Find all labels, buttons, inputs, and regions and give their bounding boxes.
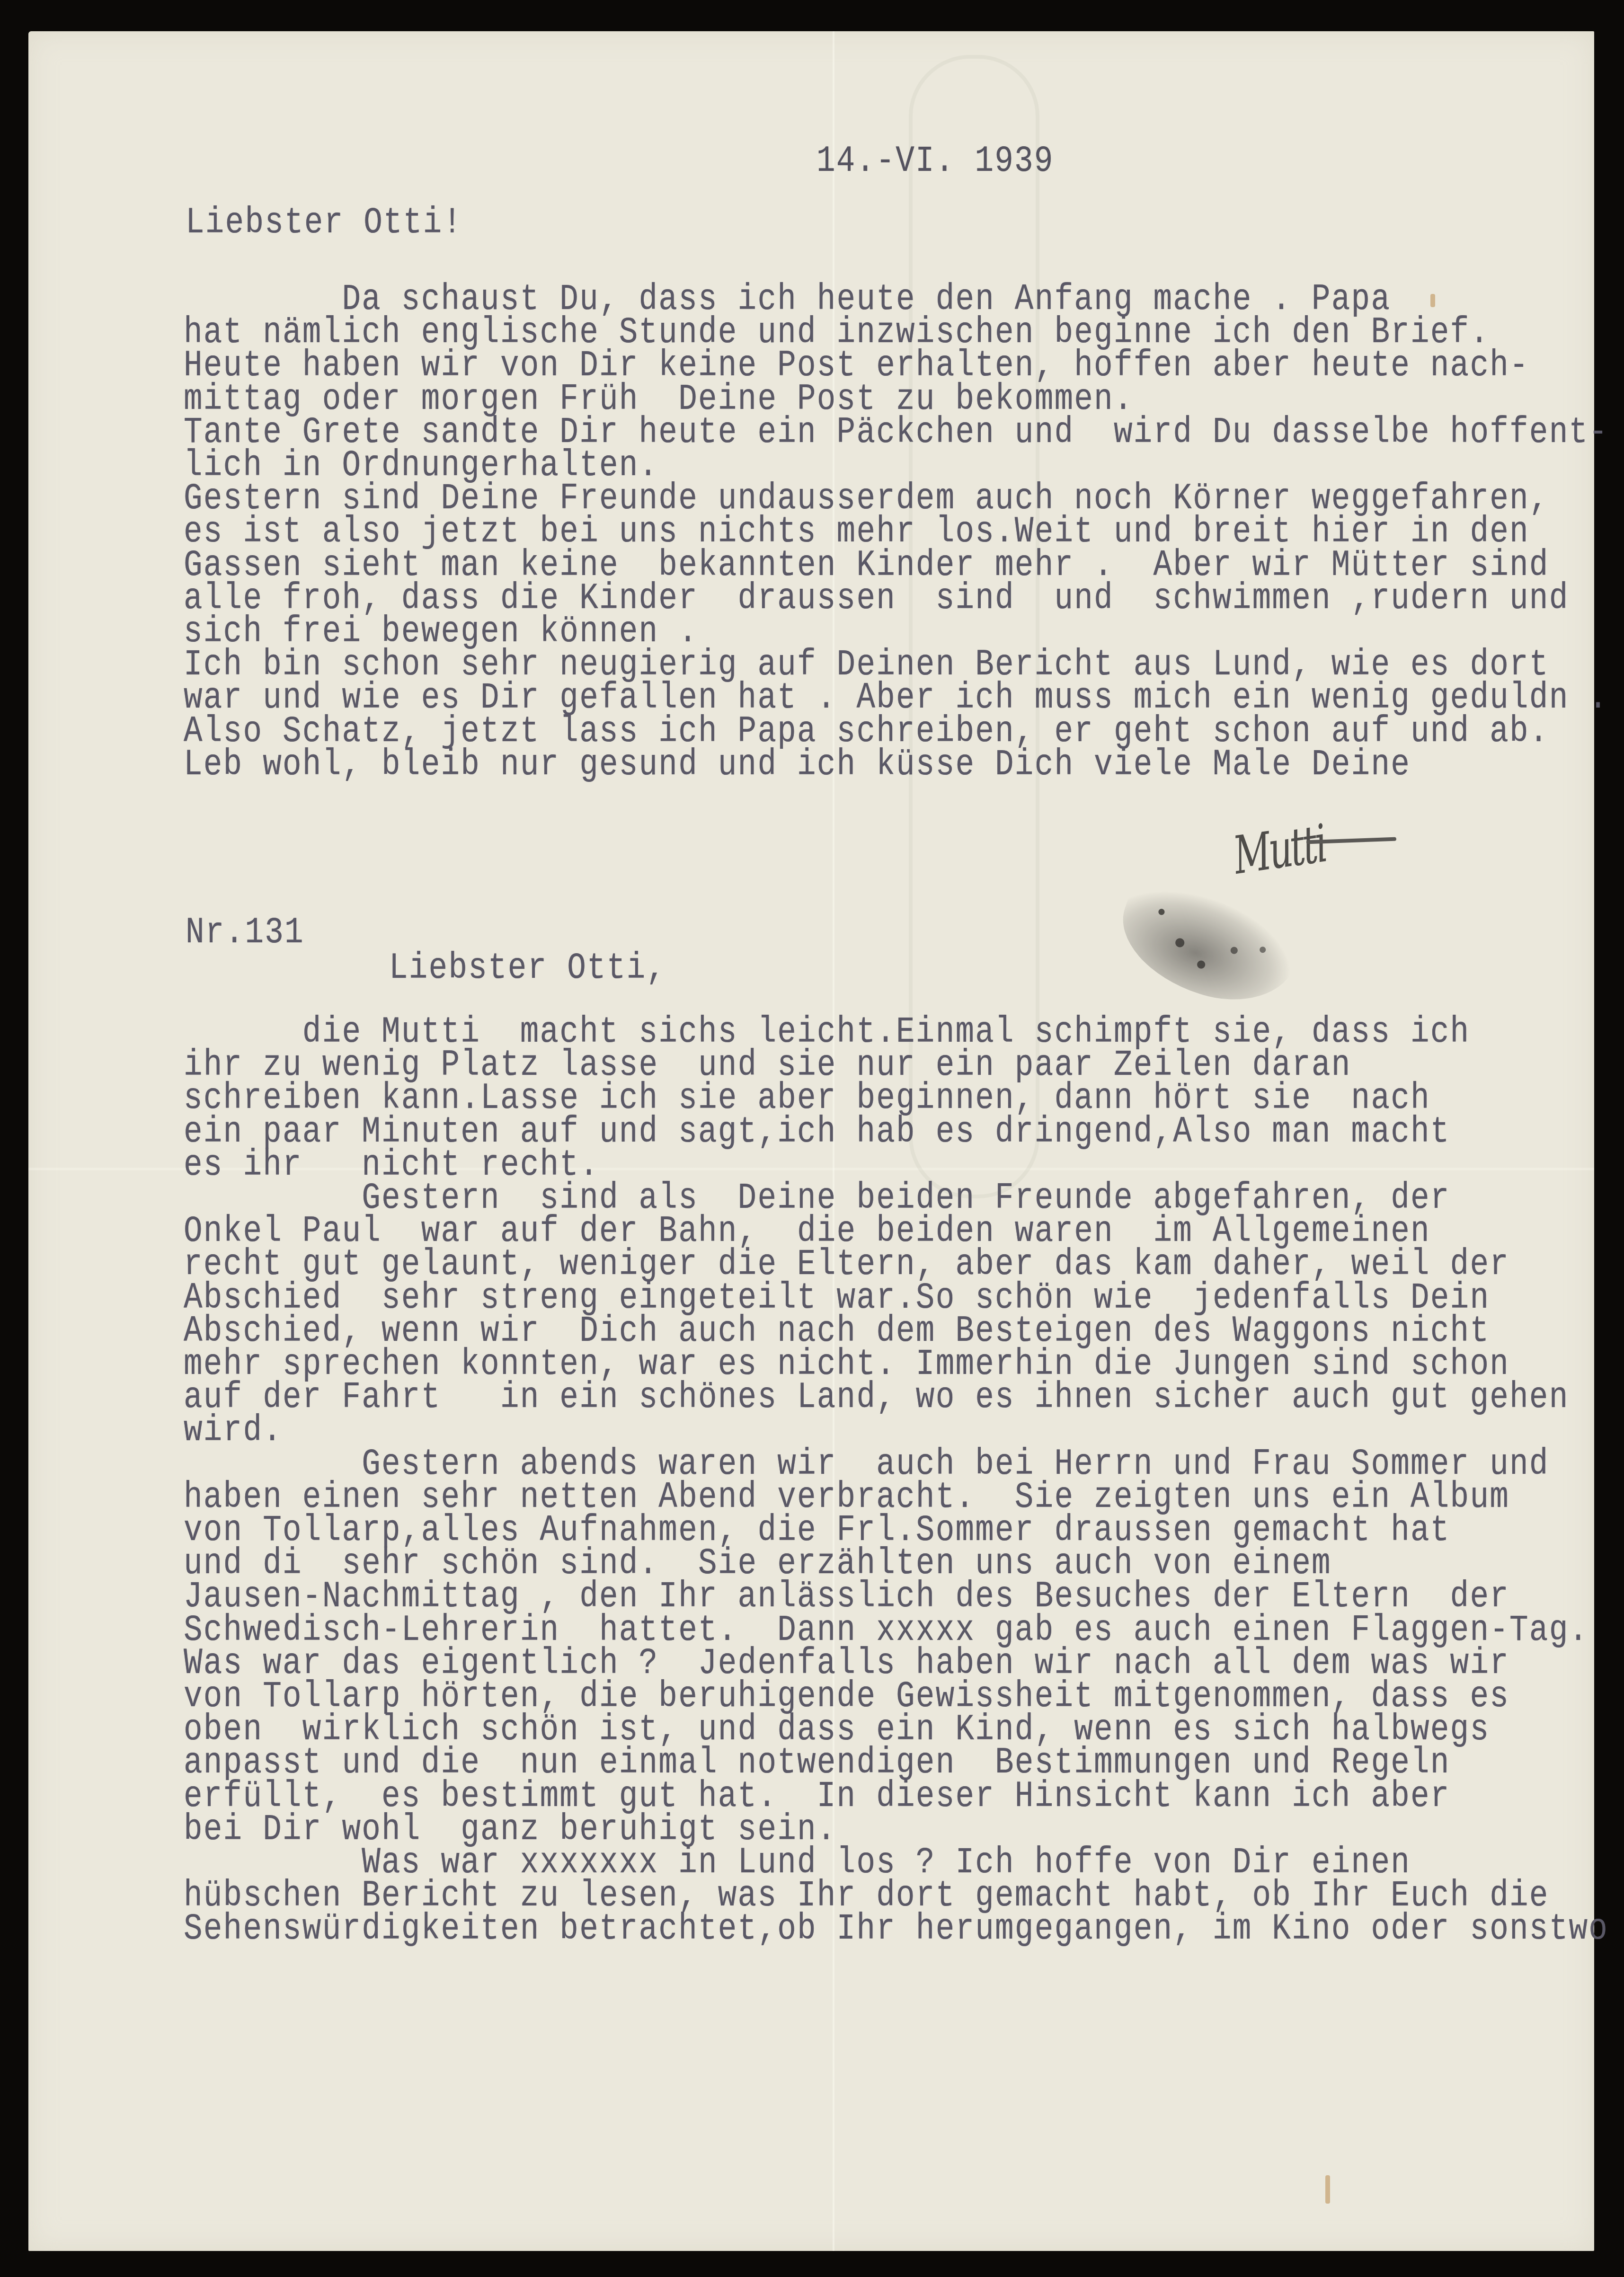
letter-date: 14.-VI. 1939 (816, 142, 1054, 181)
salutation-2: Liebster Otti, (389, 949, 666, 988)
text-line: Leb wohl, bleib nur gesund und ich küsse… (184, 745, 1411, 785)
handwritten-signature: Mutti (1230, 813, 1329, 886)
paper-stain (1430, 294, 1435, 307)
letter-number: Nr.131 (186, 913, 304, 953)
text-line: Sehenswürdigkeiten betrachtet,ob Ihr her… (184, 1910, 1608, 1949)
paper-stain (1325, 2175, 1330, 2204)
text-line: auf der Fahrt in ein schönes Land, wo es… (184, 1378, 1569, 1418)
salutation-1: Liebster Otti! (186, 204, 462, 243)
